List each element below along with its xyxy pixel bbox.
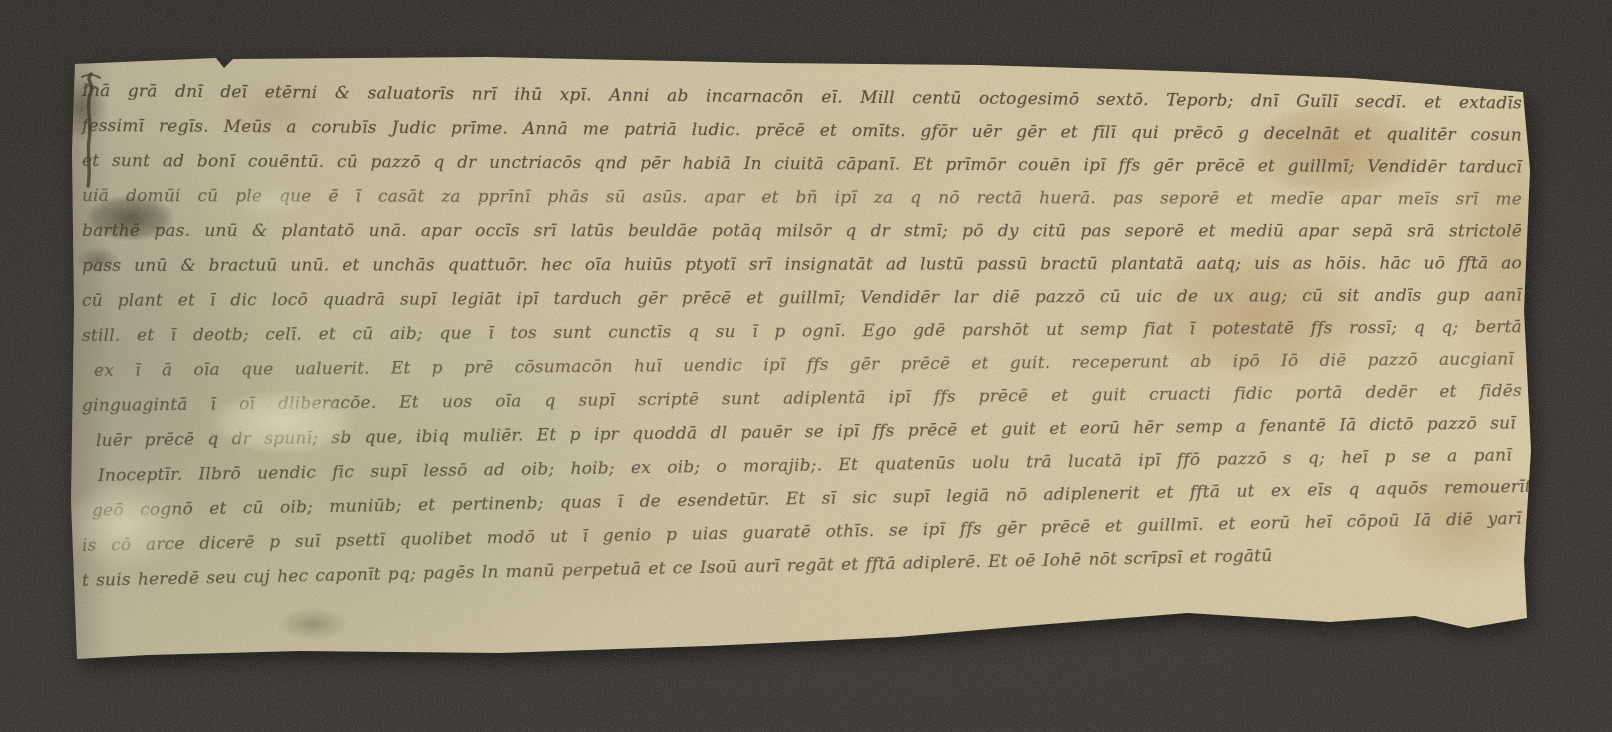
manuscript-line: cū plant et ī dic locō quadrā supī legiā… [82,286,1522,310]
manuscript-line: ginguagintā ī oī dliberacōe. Et uos oīa … [82,382,1522,415]
manuscript-line: pass unū & bractuū unū. et unchās quattu… [82,254,1522,275]
photo-backdrop: Inā grā dnī deī etērni & saluatorīs nrī … [0,0,1612,732]
manuscript-line: Inoceptīr. Ilbrō uendic fic supī lessō a… [98,447,1512,485]
manuscript-line: barthē pas. unū & plantatō unā. apar occ… [82,222,1522,241]
manuscript-line: t suis heredē seu cuj hec caponīt pq; pa… [82,547,1282,590]
manuscript-line: uiā domūi cū ple que ē ī casāt za pprīnī… [82,187,1522,209]
initial-letter-i [78,70,104,190]
manuscript-line: et sunt ad bonī couēntū. cū pazzō q dr u… [82,152,1522,177]
manuscript-line: still. et ī deotb; celī. et cū aib; que … [82,318,1522,345]
manuscript-text-block: Inā grā dnī deī etērni & saluatorīs nrī … [68,50,1540,665]
manuscript-line: ex ī ā oīa que ualuerit. Et p prē cōsuma… [94,350,1514,380]
manuscript-line: fessimī regīs. Meūs a corubīs Judic prīm… [82,117,1522,145]
manuscript-line: Inā grā dnī deī etērni & saluatorīs nrī … [82,82,1522,113]
parchment-shadow-wrap: Inā grā dnī deī etērni & saluatorīs nrī … [68,50,1540,665]
parchment-document: Inā grā dnī deī etērni & saluatorīs nrī … [68,50,1540,665]
manuscript-line: luēr prēcē q dr spunī; sb que, ibiq muli… [96,414,1516,450]
